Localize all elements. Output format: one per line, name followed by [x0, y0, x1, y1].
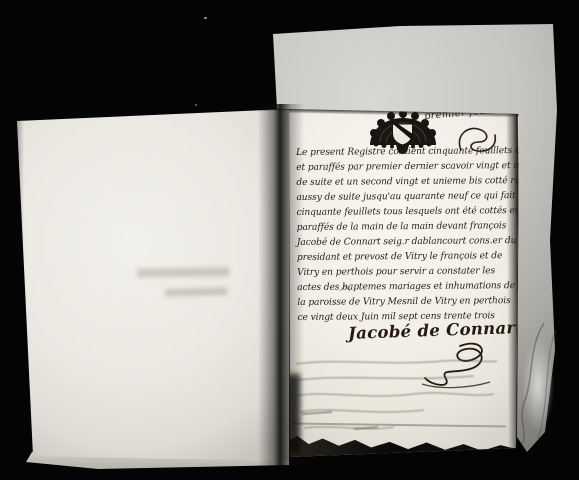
- book-gutter-shadow: [258, 104, 304, 466]
- written-right-page: premier feuillet Le present Registre con…: [288, 106, 519, 459]
- bleed-through-smudge: [165, 287, 227, 297]
- manuscript-text-block: Le present Registre contient cinquante f…: [296, 143, 507, 325]
- archive-edge-label-icon: [26, 111, 63, 118]
- paper-fold-lines: [514, 318, 564, 448]
- dust-speck: [204, 17, 207, 19]
- blank-left-page: [17, 108, 289, 464]
- edge-label-microtext: [28, 113, 61, 115]
- scanned-register-photo: premier feuillet Le present Registre con…: [0, 0, 579, 480]
- bleed-through-smudge: [137, 267, 229, 278]
- bleed-through-text: [294, 354, 499, 442]
- page-left-edge-shade: [17, 118, 24, 464]
- page-top-edge: [47, 108, 289, 112]
- dust-speck: [195, 104, 197, 106]
- insertion-caret-mark: [338, 284, 352, 292]
